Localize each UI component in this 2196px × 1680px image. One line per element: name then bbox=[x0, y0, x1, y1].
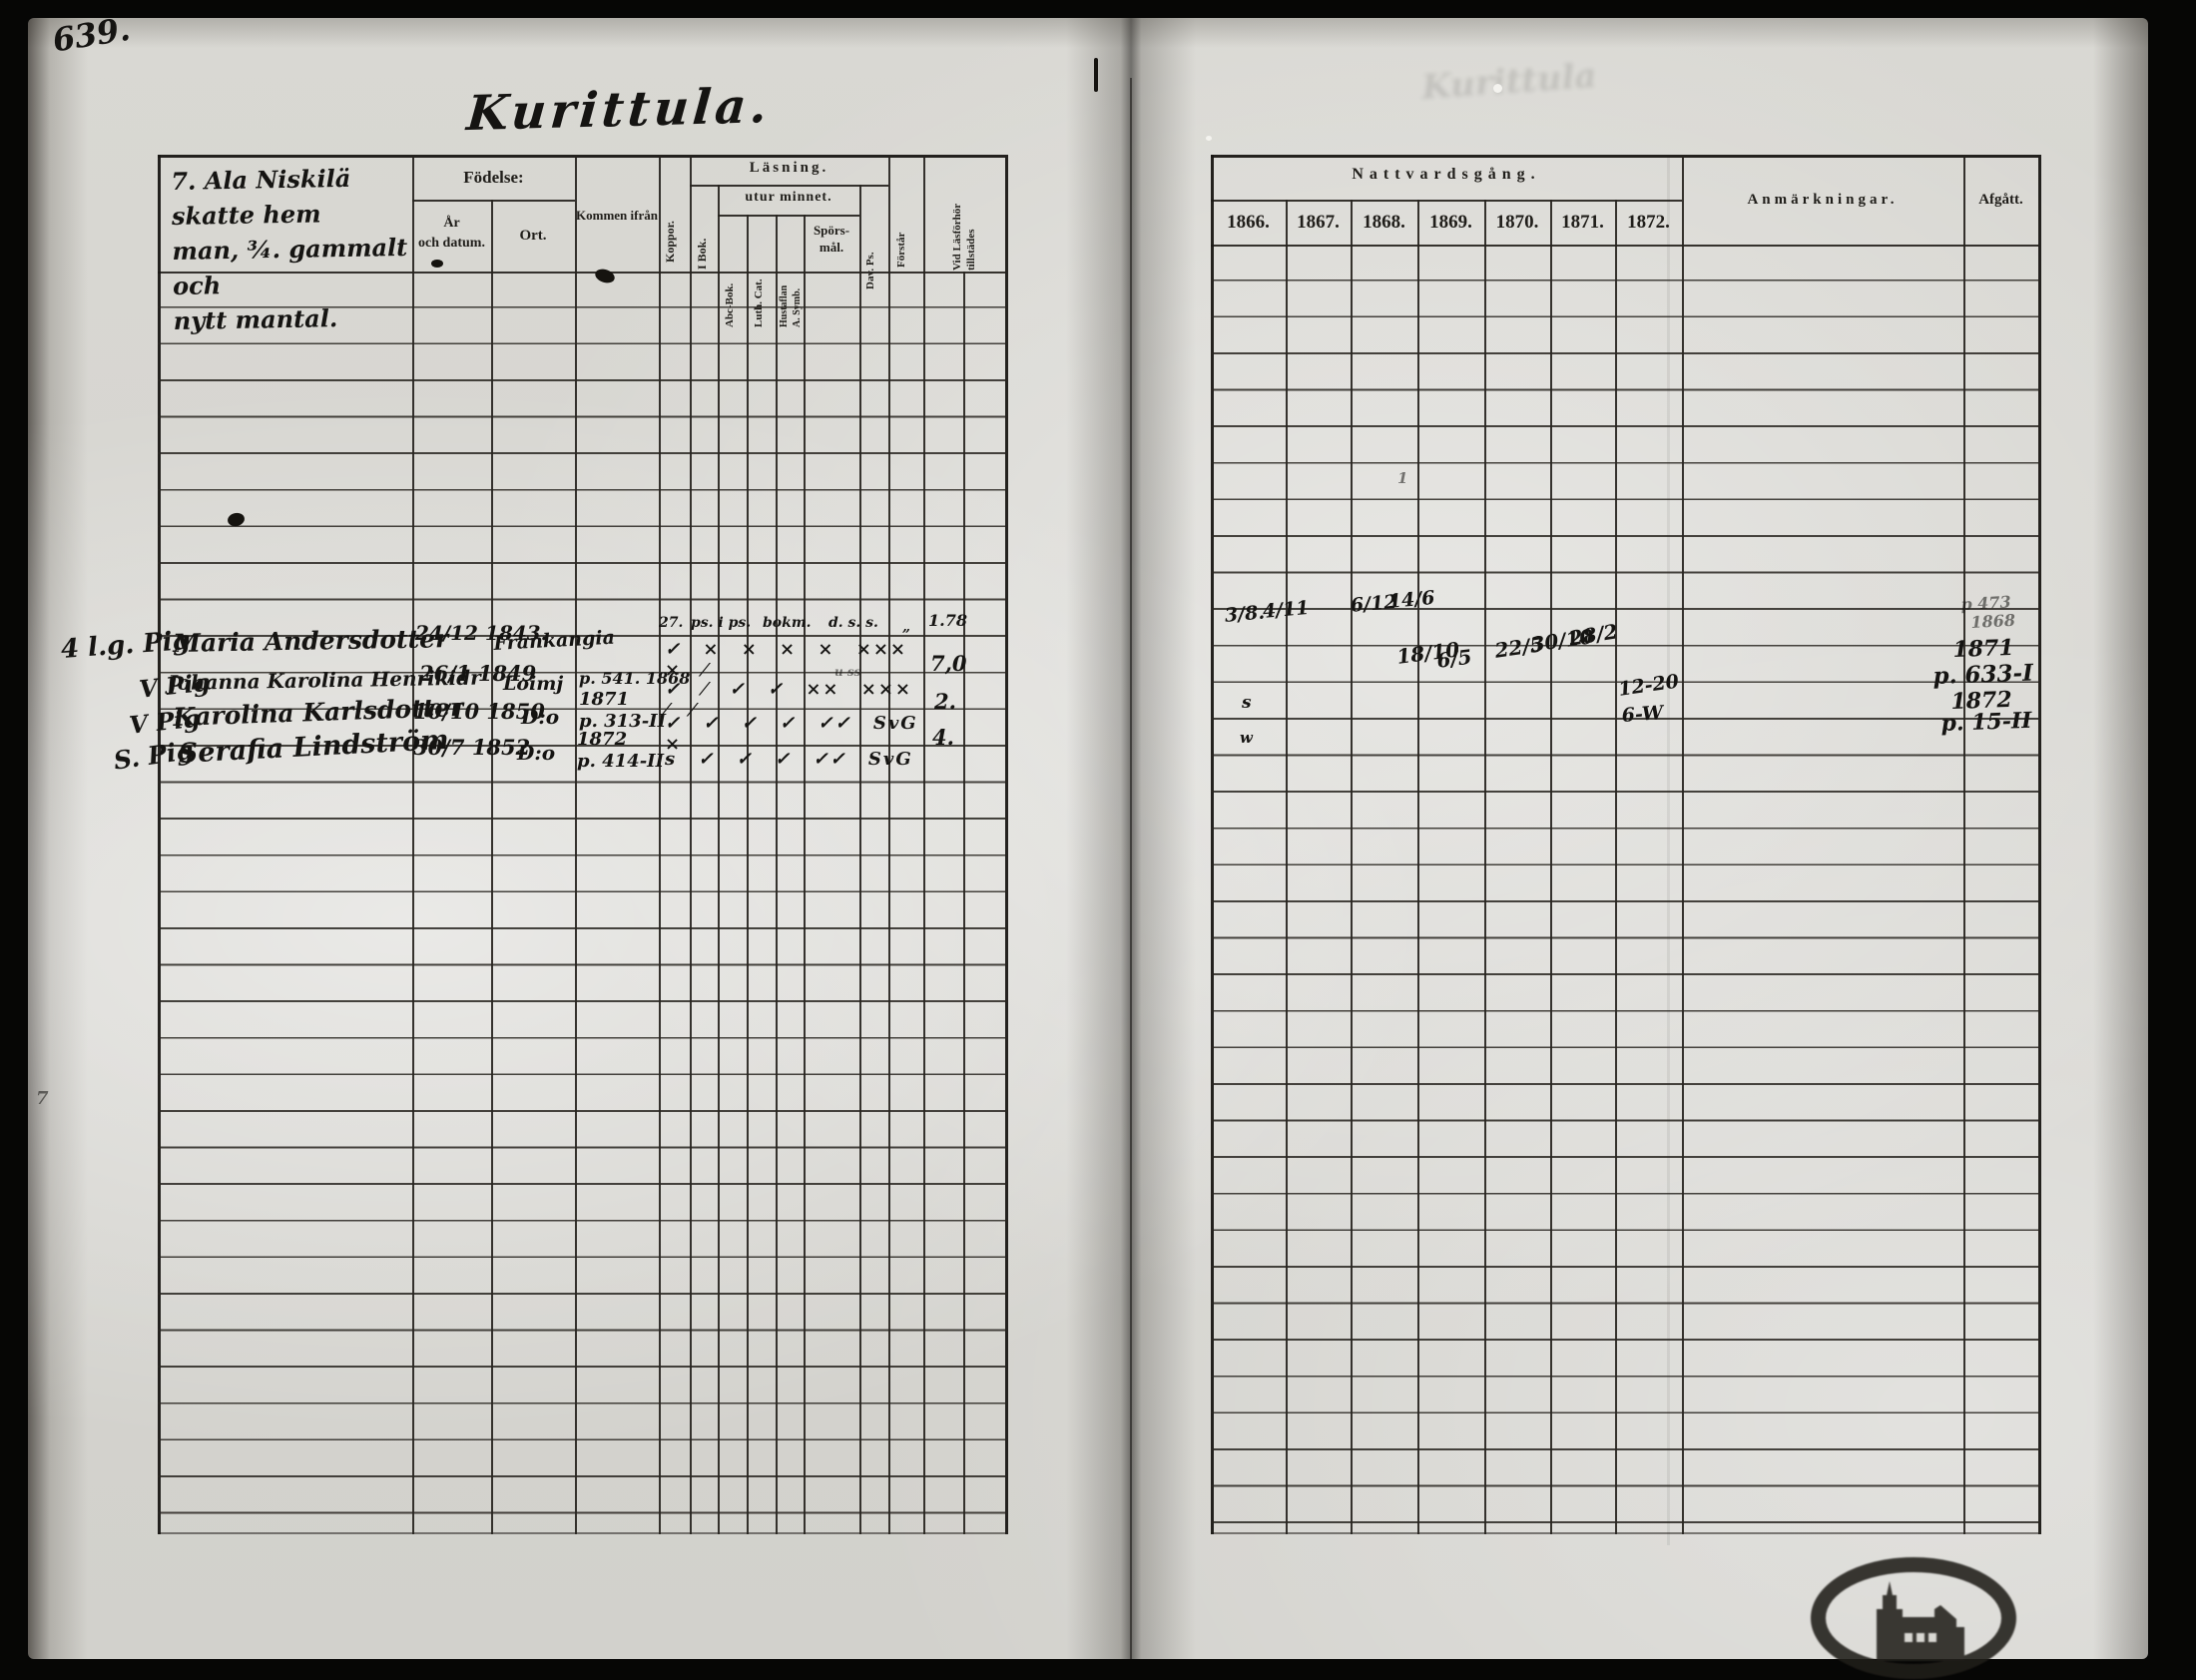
header-nattvardsgang: Nattvardsgång. bbox=[1211, 166, 1682, 184]
paper-speck bbox=[1206, 136, 1212, 141]
year-header: 1872. bbox=[1615, 212, 1682, 234]
reading-annotation: „ bbox=[902, 619, 910, 635]
afgatt-entry: p. 15-II bbox=[1940, 708, 2032, 737]
communion-date: 14/6 bbox=[1387, 587, 1435, 613]
header-i-bok: I Bok. bbox=[695, 190, 710, 270]
gutter-top-mark bbox=[1094, 58, 1098, 92]
vid-lasforhor-value: 4. bbox=[932, 725, 954, 750]
utur-minnet-underline bbox=[718, 215, 859, 217]
vid-lasforhor-value: 7,0 bbox=[930, 651, 967, 676]
right-table-top-border bbox=[1211, 155, 2038, 158]
header-anmarkningar: Anmärkningar. bbox=[1682, 192, 1963, 209]
header-koppor: Koppor. bbox=[663, 168, 678, 263]
reading-annotation: 1.78 bbox=[928, 611, 967, 630]
person-name: Maria Andersdotter bbox=[173, 624, 448, 658]
birth-place: Loimj bbox=[503, 673, 563, 695]
reading-annotation: d. s. s. bbox=[828, 615, 878, 631]
kommen-ifran-entry: 1872 p. 414-II bbox=[577, 729, 664, 773]
communion-mark: s bbox=[1242, 693, 1252, 713]
kommen-ifran-entry: 1871 p. 313-II bbox=[579, 689, 666, 733]
header-abc-bok: Abc-Bok. bbox=[724, 218, 736, 327]
year-header: 1866. bbox=[1211, 212, 1286, 234]
paper-speck bbox=[1493, 84, 1502, 93]
left-table-top-border bbox=[158, 155, 1005, 158]
reading-annotation: 27. bbox=[659, 615, 683, 631]
paper: 639. Kurittula. Kurittula 7 7. Ala Niski… bbox=[28, 18, 2148, 1659]
communion-date: 6-W bbox=[1621, 702, 1664, 727]
reading-annotation: ps. i ps. bbox=[691, 615, 751, 631]
header-ort: Ort. bbox=[491, 228, 575, 245]
header-afgatt: Afgått. bbox=[1963, 192, 2038, 209]
right-table-row-lines bbox=[1211, 245, 2040, 1534]
year-header: 1868. bbox=[1351, 212, 1417, 234]
left-table-row-lines bbox=[158, 272, 1007, 1534]
header-fodelse: Födelse: bbox=[412, 168, 575, 188]
communion-tick: 1 bbox=[1397, 469, 1407, 487]
reading-annotation: bokm. bbox=[763, 615, 812, 631]
header-vid-lasforhor: Vid Läsförhör tillstädes bbox=[950, 163, 978, 271]
year-header: 1871. bbox=[1550, 212, 1615, 234]
communion-date: 6/5 bbox=[1435, 645, 1473, 673]
ink-blot bbox=[431, 260, 443, 268]
communion-mark: w bbox=[1240, 729, 1253, 747]
church-icon bbox=[1839, 1575, 1988, 1661]
afgatt-entry: 1871 bbox=[1952, 635, 2014, 663]
folio-number: 639. bbox=[50, 10, 133, 60]
year-header: 1870. bbox=[1484, 212, 1550, 234]
page-title: Kurittula. bbox=[465, 78, 774, 142]
household-note: 7. Ala Niskilä skatte hem man, ¾. gammal… bbox=[171, 160, 413, 338]
communion-date: 4/11 bbox=[1262, 597, 1310, 623]
vid-lasforhor-value: 2. bbox=[934, 689, 956, 714]
header-kommen-ifran: Kommen ifrån bbox=[575, 208, 659, 224]
header-lasning: Läsning. bbox=[690, 160, 888, 177]
header-utur-minnet: utur minnet. bbox=[718, 190, 859, 206]
bleed-through-text: Kurittula bbox=[1420, 56, 1598, 108]
header-forstar: Förstår bbox=[895, 168, 907, 268]
margin-mark: 7 bbox=[36, 1088, 49, 1109]
gutter-fold-line bbox=[1130, 78, 1132, 1659]
header-luth-cat: Luth. Cat. bbox=[753, 218, 765, 327]
reading-marks: s ✓ ✓ ✓ ✓✓ SvG bbox=[665, 749, 924, 770]
nattvardsgang-underline bbox=[1211, 200, 1682, 202]
header-dav-ps: Dav. Ps. bbox=[864, 190, 876, 289]
birth-date: 30/7 1852 bbox=[413, 735, 530, 760]
year-header: 1867. bbox=[1286, 212, 1351, 234]
birth-place: D:o bbox=[521, 705, 559, 729]
scanned-ledger-page: 639. Kurittula. Kurittula 7 7. Ala Niski… bbox=[0, 0, 2196, 1680]
header-sporsmal: Spörs- mål. bbox=[804, 222, 859, 256]
birth-place: D:o bbox=[517, 741, 555, 765]
header-ar-och-datum: År och datum. bbox=[412, 214, 491, 254]
afgatt-entry: 1868 bbox=[1970, 611, 2015, 632]
fodelse-underline bbox=[412, 200, 575, 202]
header-hustaflan: Hustaflan A. Symb. bbox=[778, 218, 804, 327]
communion-date: 3/8. bbox=[1224, 602, 1266, 627]
archive-stamp bbox=[1811, 1557, 2016, 1679]
year-header: 1869. bbox=[1417, 212, 1484, 234]
afgatt-entry: p. 633-I bbox=[1932, 659, 2033, 689]
reading-marks: ✓ × × × × ××× × ⁄ bbox=[665, 639, 924, 681]
